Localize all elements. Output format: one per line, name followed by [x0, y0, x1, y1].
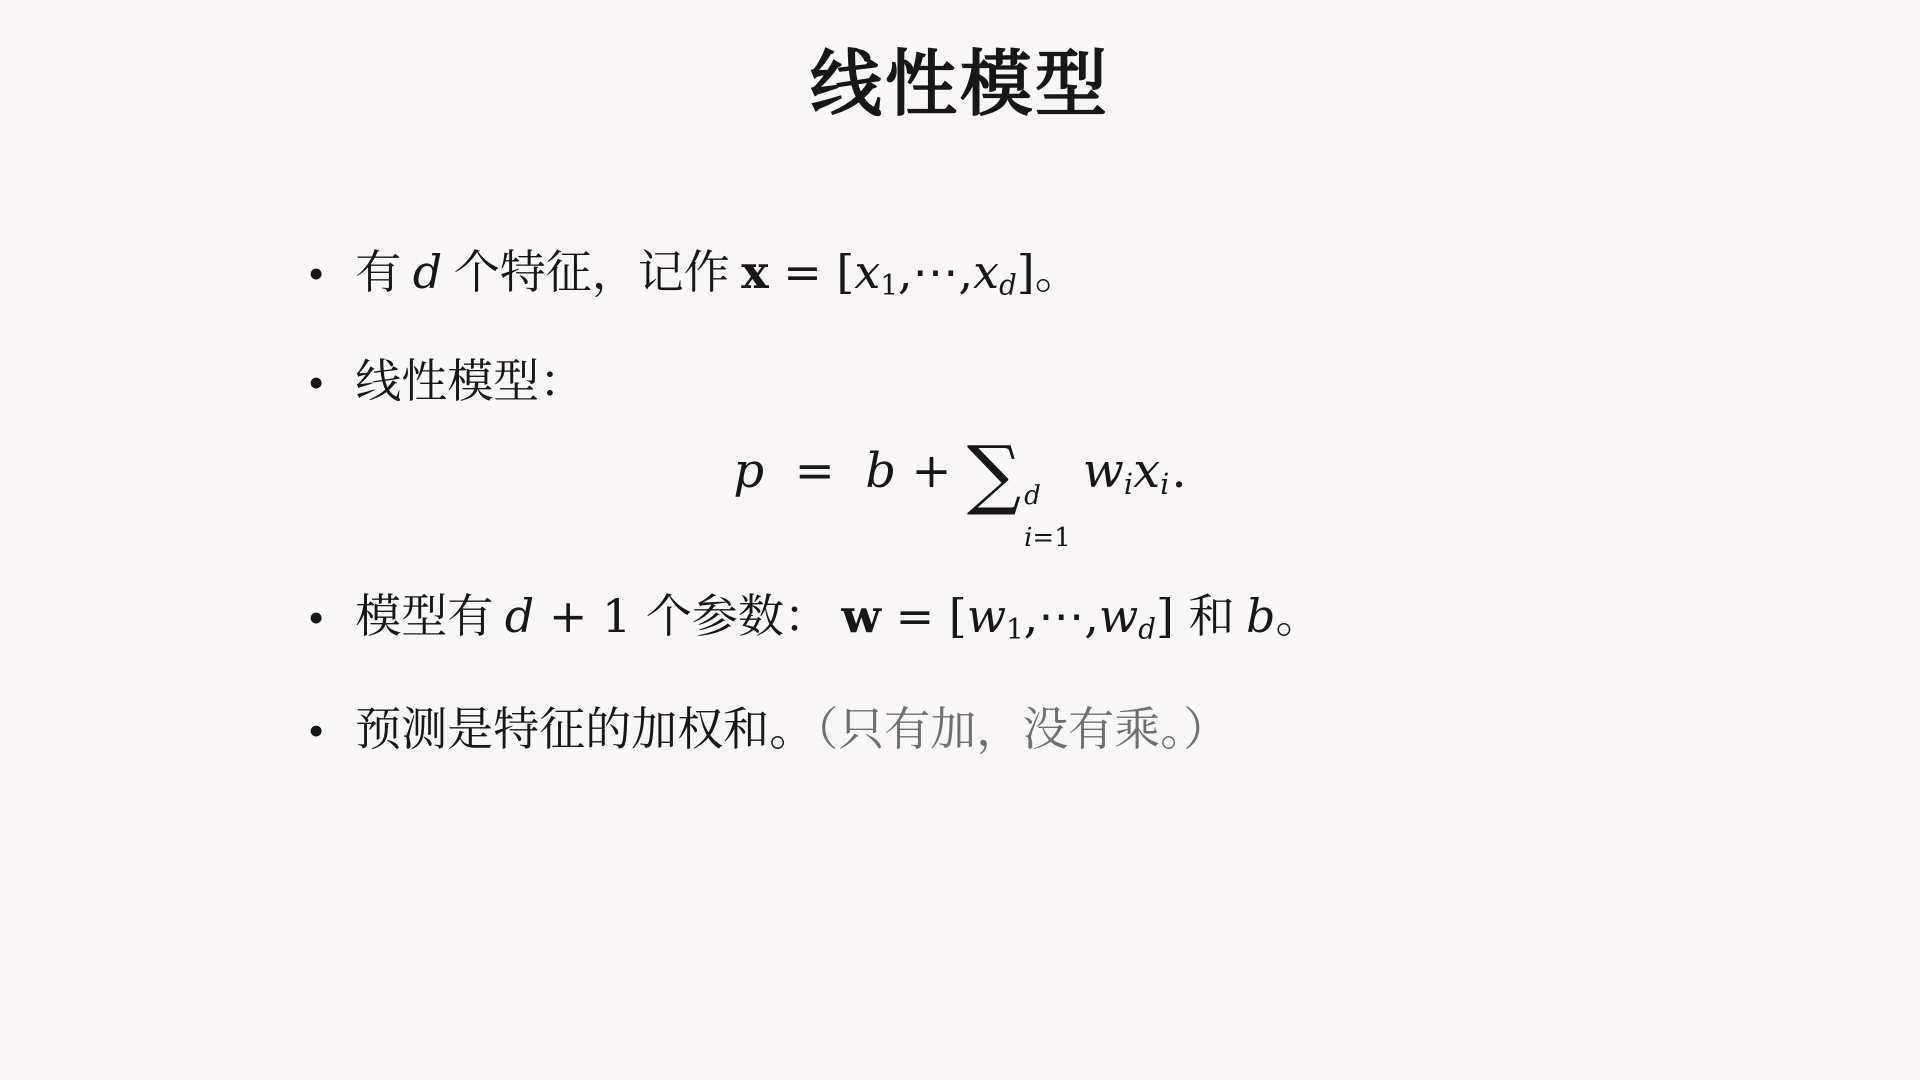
summation-limits: di=1: [1021, 481, 1071, 555]
math-var-d: d: [505, 589, 534, 643]
plus-sign: +: [896, 443, 967, 499]
cjk-period: 。: [1035, 247, 1081, 298]
summation-sigma: ∑: [967, 429, 1021, 518]
text-run: 预测是特征的加权和。: [355, 704, 815, 755]
vector-x: x: [741, 245, 768, 299]
vector-w: w: [841, 589, 881, 643]
math-equals-bracket: = [: [881, 589, 967, 643]
bullet-marker: •: [305, 363, 327, 406]
slide: 线性模型 • 有 d 个特征，记作 x = [x1,⋯,xd]。 • 线性模型：…: [0, 0, 1920, 1080]
bullet-features: • 有 d 个特征，记作 x = [x1,⋯,xd]。: [305, 246, 1081, 301]
math-equals-bracket: = [: [769, 245, 855, 299]
math-var-b: b: [1246, 589, 1275, 643]
math-var-w: w: [1083, 443, 1124, 499]
slide-title: 线性模型: [0, 26, 1920, 130]
bullet-features-text: 有 d 个特征，记作 x = [x1,⋯,xd]。: [355, 246, 1080, 301]
text-run: 个特征，记作: [442, 247, 741, 298]
bullet-parameters: • 模型有 d + 1 个参数： w = [w1,⋯,wd] 和 b。: [305, 590, 1322, 645]
math-var-b: b: [865, 443, 896, 499]
bullet-parameters-text: 模型有 d + 1 个参数： w = [w1,⋯,wd] 和 b。: [355, 590, 1321, 645]
math-var-wd: w: [1099, 589, 1138, 643]
text-run: 模型有: [355, 591, 505, 642]
bullet-marker: •: [305, 254, 327, 297]
math-var-xd: x: [973, 245, 999, 299]
bullet-linear-model-text: 线性模型：: [355, 356, 585, 409]
text-run: 个参数：: [646, 591, 842, 642]
summation-lower-limit: i=1: [1024, 525, 1071, 551]
cjk-period: 。: [1276, 591, 1322, 642]
bullet-marker: •: [305, 711, 327, 754]
bullet-linear-model: • 线性模型：: [305, 356, 585, 409]
text-run: 和: [1189, 591, 1247, 642]
summation-upper-limit: d: [1024, 483, 1071, 509]
bullet-marker: •: [305, 598, 327, 641]
subscript-1: 1: [880, 269, 898, 302]
subscript-d: d: [999, 269, 1017, 302]
subscript-1: 1: [1006, 613, 1024, 646]
math-var-d: d: [413, 245, 442, 299]
subscript-d: d: [1138, 613, 1156, 646]
bullet-weighted-sum-text: 预测是特征的加权和。（只有加，没有乘。）: [355, 704, 1229, 757]
text-run: 有: [355, 247, 413, 298]
subscript-i: i: [1160, 467, 1169, 501]
ellipsis: ,⋯,: [898, 245, 973, 299]
closing-bracket: ]: [1017, 245, 1035, 299]
subscript-i: i: [1124, 467, 1133, 501]
equals-sign: =: [764, 443, 865, 499]
formula-linear-model: p = b + ∑di=1wixi.: [0, 444, 1920, 555]
closing-bracket: ]: [1156, 589, 1189, 643]
math-var-x1: x: [854, 245, 880, 299]
math-plus-one: + 1: [534, 589, 646, 643]
math-var-w1: w: [967, 589, 1006, 643]
text-run: 线性模型：: [355, 356, 585, 407]
math-var-x: x: [1133, 443, 1160, 499]
formula-period: .: [1171, 443, 1186, 499]
bullet-weighted-sum: • 预测是特征的加权和。（只有加，没有乘。）: [305, 704, 1229, 757]
muted-note: （只有加，没有乘。）: [815, 704, 1229, 755]
ellipsis: ,⋯,: [1024, 589, 1099, 643]
math-var-p: p: [733, 443, 764, 499]
